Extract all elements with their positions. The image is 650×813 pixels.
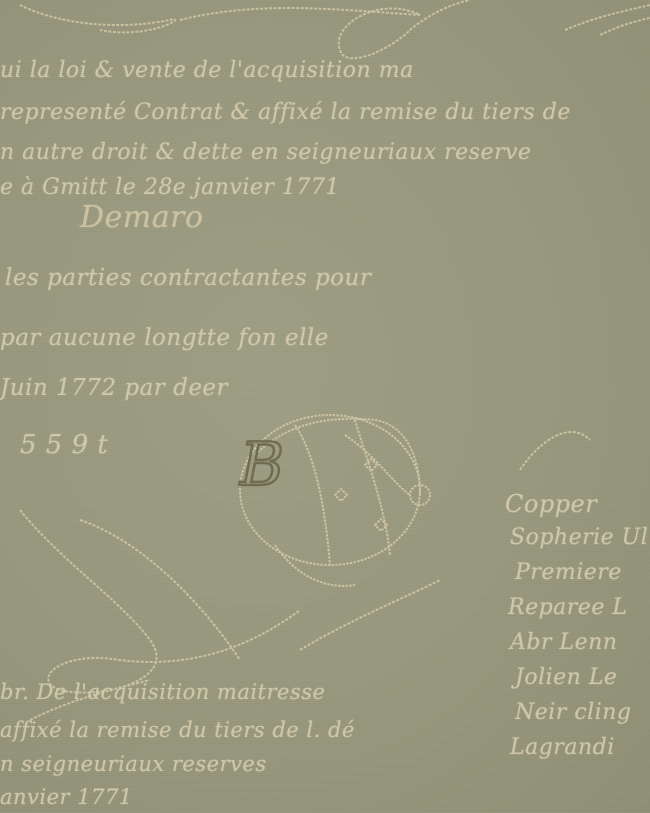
script-line-bot-4: anvier 1771 — [0, 785, 133, 809]
right-col-6: Jolien Le — [515, 665, 617, 690]
signature: Demaro — [80, 200, 204, 235]
right-col-8: Lagrandi — [510, 735, 615, 760]
script-line-top-1: ui la loi & vente de l'acquisition ma — [0, 58, 414, 83]
right-col-4: Reparee L — [508, 595, 627, 620]
script-line-bot-3: n seigneuriaux reserves — [0, 752, 267, 776]
right-col-5: Abr Lenn — [510, 630, 617, 655]
script-line-top-4: e à Gmitt le 28e janvier 1771 — [0, 175, 340, 200]
script-line-mid-3: Juin 1772 par deer — [0, 375, 228, 401]
script-line-mid-4: 5 5 9 t — [20, 430, 108, 460]
fabric-background: ui la loi & vente de l'acquisition ma re… — [0, 0, 650, 813]
script-line-mid-1: les parties contractantes pour — [5, 265, 371, 291]
script-line-top-3: n autre droit & dette en seigneuriaux re… — [0, 140, 531, 165]
right-col-1: Copper — [505, 490, 597, 518]
script-line-top-2: representé Contrat & affixé la remise du… — [0, 100, 571, 125]
script-line-bot-1: br. De l'acquisition maitresse — [0, 680, 325, 704]
right-col-2: Sopherie Ul — [510, 525, 648, 550]
crest-emblem: B — [215, 395, 445, 595]
script-line-bot-2: affixé la remise du tiers de l. dé — [0, 718, 355, 742]
monogram-b: B — [239, 430, 284, 500]
right-col-3: Premiere — [515, 560, 622, 585]
script-line-mid-2: par aucune longtte fon elle — [0, 325, 329, 351]
right-col-7: Neir cling — [515, 700, 631, 725]
